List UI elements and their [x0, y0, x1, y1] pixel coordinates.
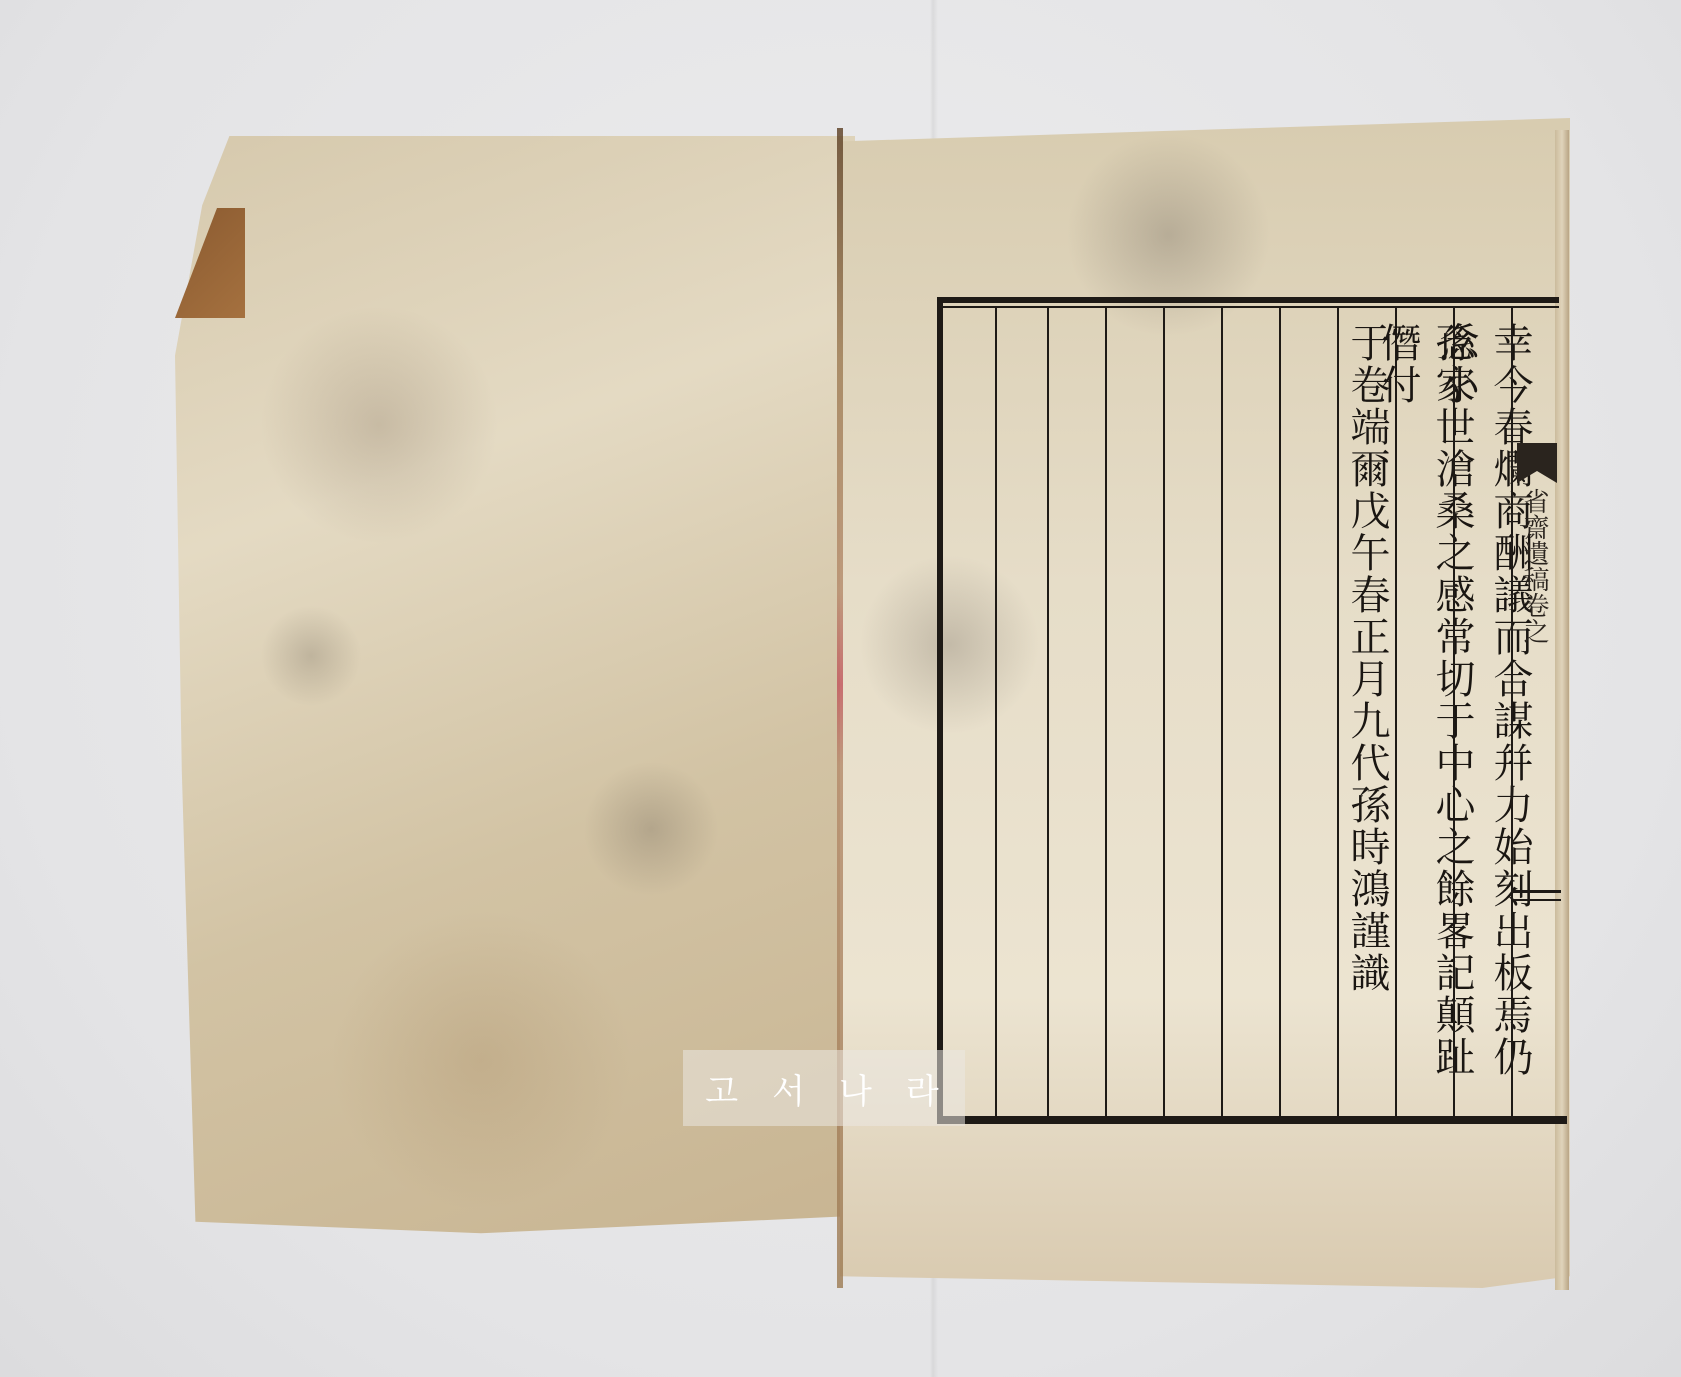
- watermark-char: 고: [705, 1064, 742, 1113]
- watermark-char: 라: [906, 1064, 943, 1113]
- watermark-char: 서: [772, 1064, 809, 1113]
- frame-bottom-rule: [937, 1116, 1567, 1124]
- fish-tail-mark-icon: [1517, 443, 1557, 483]
- bleed-through-column: [1105, 308, 1163, 1116]
- fish-tail-column: 省齋遺稿卷之: [1511, 308, 1559, 1116]
- fish-tail-rule: [1513, 890, 1561, 901]
- bleed-through-column: [1221, 308, 1279, 1116]
- text-column-1: 幸今春爛商酬議而合謀幷力始刻出板焉仍念小: [1453, 308, 1511, 1116]
- bleed-through-column: [1279, 308, 1337, 1116]
- text-columns: 省齋遺稿卷之 幸今春爛商酬議而合謀幷力始刻出板焉仍念小 孫家世滄桑之感常切于中心…: [948, 308, 1559, 1116]
- bleed-through-column: [995, 308, 1047, 1116]
- bleed-through-column: [1047, 308, 1105, 1116]
- watermark: 고 서 나 라: [683, 1050, 965, 1126]
- bleed-through-column: [1163, 308, 1221, 1116]
- fish-tail-title: 省齋遺稿卷之: [1519, 488, 1549, 644]
- watermark-char: 나: [839, 1064, 876, 1113]
